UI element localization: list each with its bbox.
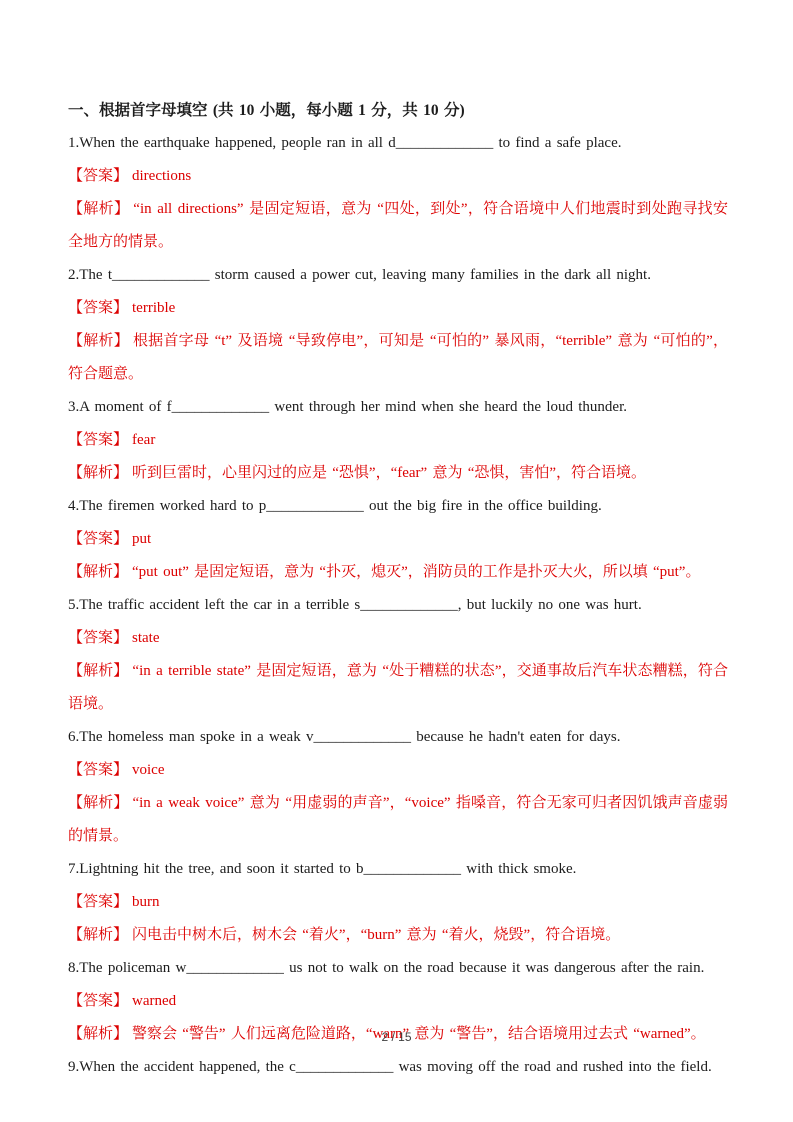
- answer-label: 【答案】: [68, 993, 128, 1009]
- answer-line: 【答案】burn: [68, 886, 728, 919]
- question-block: 2.The t_____________ storm caused a powe…: [68, 259, 728, 391]
- question-text: 5.The traffic accident left the car in a…: [68, 589, 728, 622]
- explanation-label: 【解析】: [68, 333, 129, 349]
- question-text: 2.The t_____________ storm caused a powe…: [68, 259, 728, 292]
- explanation-text: 听到巨雷时，心里闪过的应是 “恐惧”，“fear” 意为 “恐惧，害怕”，符合语…: [132, 465, 646, 481]
- question-block: 6.The homeless man spoke in a weak v____…: [68, 721, 728, 853]
- explanation-line: 【解析】根据首字母 “t” 及语境 “导致停电”，可知是 “可怕的” 暴风雨，“…: [68, 325, 728, 391]
- explanation-line: 【解析】“in a terrible state” 是固定短语，意为 “处于糟糕…: [68, 655, 728, 721]
- answer-text: put: [132, 531, 151, 547]
- explanation-text: “in all directions” 是固定短语，意为 “四处，到处”，符合语…: [68, 201, 728, 250]
- question-text: 1.When the earthquake happened, people r…: [68, 127, 728, 160]
- question-text: 9.When the accident happened, the c_____…: [68, 1051, 728, 1084]
- answer-text: voice: [132, 762, 164, 778]
- explanation-text: “put out” 是固定短语，意为 “扑灭，熄灭”，消防员的工作是扑灭大火，所…: [132, 564, 700, 580]
- explanation-text: 闪电击中树木后，树木会 “着火”，“burn” 意为 “着火，烧毁”，符合语境。: [132, 927, 620, 943]
- question-text: 3.A moment of f_____________ went throug…: [68, 391, 728, 424]
- question-text: 7.Lightning hit the tree, and soon it st…: [68, 853, 728, 886]
- question-block: 3.A moment of f_____________ went throug…: [68, 391, 728, 490]
- explanation-label: 【解析】: [68, 201, 129, 217]
- answer-label: 【答案】: [68, 300, 128, 316]
- explanation-text: 根据首字母 “t” 及语境 “导致停电”，可知是 “可怕的” 暴风雨，“terr…: [68, 333, 728, 382]
- explanation-text: “in a weak voice” 意为 “用虚弱的声音”，“voice” 指嗓…: [68, 795, 728, 844]
- explanation-line: 【解析】“in all directions” 是固定短语，意为 “四处，到处”…: [68, 193, 728, 259]
- answer-text: directions: [132, 168, 191, 184]
- answer-text: fear: [132, 432, 155, 448]
- explanation-label: 【解析】: [68, 795, 128, 811]
- explanation-line: 【解析】闪电击中树木后，树木会 “着火”，“burn” 意为 “着火，烧毁”，符…: [68, 919, 728, 952]
- question-block: 7.Lightning hit the tree, and soon it st…: [68, 853, 728, 952]
- answer-label: 【答案】: [68, 432, 128, 448]
- question-block: 4.The firemen worked hard to p__________…: [68, 490, 728, 589]
- question-block: 9.When the accident happened, the c_____…: [68, 1051, 728, 1084]
- answer-line: 【答案】voice: [68, 754, 728, 787]
- answer-line: 【答案】warned: [68, 985, 728, 1018]
- document-page-content: 一、根据首字母填空 (共 10 小题，每小题 1 分，共 10 分) 1.Whe…: [68, 94, 728, 1084]
- question-text: 6.The homeless man spoke in a weak v____…: [68, 721, 728, 754]
- answer-text: burn: [132, 894, 160, 910]
- explanation-label: 【解析】: [68, 927, 128, 943]
- answer-line: 【答案】put: [68, 523, 728, 556]
- explanation-label: 【解析】: [68, 663, 128, 679]
- explanation-line: 【解析】“in a weak voice” 意为 “用虚弱的声音”，“voice…: [68, 787, 728, 853]
- question-block: 5.The traffic accident left the car in a…: [68, 589, 728, 721]
- answer-label: 【答案】: [68, 630, 128, 646]
- answer-text: state: [132, 630, 160, 646]
- answer-label: 【答案】: [68, 168, 128, 184]
- explanation-label: 【解析】: [68, 465, 128, 481]
- question-text: 4.The firemen worked hard to p__________…: [68, 490, 728, 523]
- page-number-indicator: 2 / 15: [0, 1030, 793, 1044]
- answer-line: 【答案】terrible: [68, 292, 728, 325]
- answer-line: 【答案】state: [68, 622, 728, 655]
- answer-text: warned: [132, 993, 176, 1009]
- explanation-line: 【解析】听到巨雷时，心里闪过的应是 “恐惧”，“fear” 意为 “恐惧，害怕”…: [68, 457, 728, 490]
- answer-label: 【答案】: [68, 894, 128, 910]
- explanation-label: 【解析】: [68, 564, 128, 580]
- question-text: 8.The policeman w_____________ us not to…: [68, 952, 728, 985]
- answer-text: terrible: [132, 300, 175, 316]
- answer-line: 【答案】directions: [68, 160, 728, 193]
- explanation-line: 【解析】“put out” 是固定短语，意为 “扑灭，熄灭”，消防员的工作是扑灭…: [68, 556, 728, 589]
- answer-label: 【答案】: [68, 531, 128, 547]
- answer-label: 【答案】: [68, 762, 128, 778]
- section-title: 一、根据首字母填空 (共 10 小题，每小题 1 分，共 10 分): [68, 94, 728, 127]
- question-block: 1.When the earthquake happened, people r…: [68, 127, 728, 259]
- explanation-text: “in a terrible state” 是固定短语，意为 “处于糟糕的状态”…: [68, 663, 728, 712]
- answer-line: 【答案】fear: [68, 424, 728, 457]
